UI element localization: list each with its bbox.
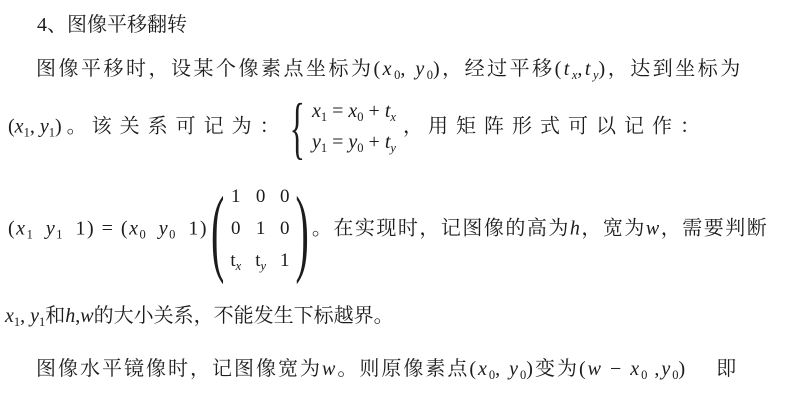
- equation-row: y1 = y0 + ty: [312, 131, 396, 156]
- matrix-cell: ty: [255, 250, 266, 274]
- matrix-cell: tx: [230, 250, 241, 274]
- paragraph-translation-line-2: (x1, y1) 。 该关系可记为：{x1 = x0 + txy1 = y0 +…: [8, 100, 708, 156]
- math-symbol: 1): [62, 218, 95, 240]
- math-symbol: (: [579, 358, 588, 380]
- equation-rows: x1 = x0 + txy1 = y0 + ty: [312, 100, 396, 156]
- math-variable: x: [348, 100, 357, 122]
- math-variable: x: [478, 358, 489, 380]
- left-paren-delimiter: (: [211, 172, 224, 287]
- matrix-cell: 1: [280, 250, 290, 274]
- math-variable: t: [564, 58, 572, 80]
- math-variable: t: [585, 58, 593, 80]
- text-run: 图像平移时，设某个像素点坐标为: [36, 58, 374, 80]
- math-variable: h: [570, 218, 582, 240]
- text-run: 的大小关系，不能发生下标越界。: [94, 305, 394, 327]
- math-variable: w: [80, 305, 93, 327]
- math-variable: w: [646, 218, 661, 240]
- math-variable: x: [312, 100, 321, 122]
- math-variable: x: [16, 218, 26, 240]
- section-title: 4、图像平移翻转: [37, 8, 187, 37]
- math-symbol: 0: [280, 218, 290, 239]
- math-symbol: 1: [231, 186, 241, 207]
- brace-delimiter: {: [290, 88, 305, 168]
- math-symbol: ,: [400, 58, 415, 80]
- math-symbol: ,: [577, 58, 585, 80]
- math-symbol: (: [8, 116, 15, 138]
- math-symbol: 1: [256, 218, 266, 239]
- paragraph-translation-line-1: 图像平移时，设某个像素点坐标为(x0, y0)，经过平移(tx,ty)，达到坐标…: [36, 52, 743, 83]
- math-symbol: ,: [20, 305, 30, 327]
- math-variable: y: [40, 116, 49, 138]
- text-run: 图像水平镜像时，记图像宽为: [36, 358, 322, 380]
- math-symbol: ): [679, 358, 688, 380]
- equation-row: x1 = x0 + tx: [312, 100, 396, 125]
- math-symbol: 0: [256, 186, 266, 207]
- text-run: 变为: [535, 358, 579, 380]
- math-symbol: =: [327, 100, 348, 122]
- equation-system: {x1 = x0 + txy1 = y0 + ty: [290, 100, 396, 156]
- document-page: 4、图像平移翻转 图像平移时，设某个像素点坐标为(x0, y0)，经过平移(tx…: [0, 0, 787, 397]
- math-subscript: y: [390, 141, 396, 155]
- math-variable: x: [5, 305, 14, 327]
- math-symbol: =: [95, 218, 121, 240]
- paragraph-translation-line-4: x1, y1和h,w的大小关系，不能发生下标越界。: [5, 299, 394, 330]
- text-run: 4、图像平移翻转: [37, 14, 187, 36]
- math-variable: y: [509, 358, 520, 380]
- math-symbol: (: [8, 218, 16, 240]
- math-symbol: +: [364, 131, 385, 153]
- text-run: ，达到坐标为: [608, 58, 743, 80]
- text-run: 。: [62, 116, 92, 138]
- text-run: 。在实现时，记图像的高为: [312, 218, 570, 240]
- text-run: ，: [398, 116, 428, 138]
- math-variable: h: [65, 305, 75, 327]
- math-variable: x: [129, 218, 139, 240]
- math-variable: x: [15, 116, 24, 138]
- math-variable: x: [630, 358, 641, 380]
- text-run: 。则原像素点: [337, 358, 469, 380]
- text-run: ，需要判断: [661, 218, 769, 240]
- matrix-cell: 1: [231, 186, 241, 208]
- math-symbol: [146, 218, 159, 240]
- matrix-equation-line: (x1 y1 1) = (x0 y0 1)(100010txty1)。在实现时，…: [8, 186, 768, 274]
- math-symbol: 0: [231, 218, 241, 239]
- math-symbol: ,: [30, 116, 40, 138]
- math-symbol: −: [603, 358, 630, 380]
- matrix-cell: 1: [256, 218, 266, 240]
- math-variable: w: [322, 358, 337, 380]
- matrix-cell: 0: [280, 186, 290, 208]
- math-variable: w: [588, 358, 603, 380]
- math-symbol: (: [469, 358, 478, 380]
- math-subscript: x: [236, 259, 242, 273]
- math-variable: y: [30, 305, 39, 327]
- matrix-cell: 0: [231, 218, 241, 240]
- text-run: 即: [687, 358, 738, 380]
- math-symbol: (: [121, 218, 129, 240]
- math-symbol: ,: [647, 358, 661, 380]
- math-symbol: (: [374, 58, 383, 80]
- math-subscript: y: [260, 259, 266, 273]
- text-run: 用矩阵形式可以记作：: [428, 116, 708, 138]
- math-symbol: [33, 218, 46, 240]
- math-symbol: ,: [495, 358, 509, 380]
- paragraph-mirror-line: 图像水平镜像时，记图像宽为w。则原像素点(x0, y0)变为(w − x0 ,y…: [36, 352, 738, 383]
- math-variable: y: [661, 358, 672, 380]
- text-run: ，经过平移: [442, 58, 555, 80]
- math-symbol: ): [55, 116, 62, 138]
- math-subscript: x: [390, 110, 396, 124]
- math-symbol: (: [555, 58, 564, 80]
- text-run: ，宽为: [581, 218, 646, 240]
- math-symbol: 0: [280, 186, 290, 207]
- matrix-grid: 100010txty1: [230, 186, 289, 274]
- math-variable: y: [312, 131, 321, 153]
- text-run: 和: [45, 305, 65, 327]
- right-paren-delimiter: ): [296, 172, 309, 287]
- matrix-cell: 0: [280, 218, 290, 240]
- math-variable: y: [159, 218, 169, 240]
- transform-matrix: (100010txty1): [211, 186, 309, 274]
- math-variable: y: [46, 218, 56, 240]
- matrix-cell: 0: [256, 186, 266, 208]
- math-symbol: =: [327, 131, 348, 153]
- math-symbol: +: [364, 100, 385, 122]
- math-symbol: ): [599, 58, 608, 80]
- math-symbol: ): [433, 58, 442, 80]
- math-symbol: 1: [280, 250, 290, 271]
- math-variable: x: [383, 58, 394, 80]
- math-symbol: 1): [175, 218, 208, 240]
- math-variable: y: [415, 58, 426, 80]
- math-symbol: ): [526, 358, 535, 380]
- math-variable: y: [348, 131, 357, 153]
- text-run: 该关系可记为：: [92, 116, 288, 138]
